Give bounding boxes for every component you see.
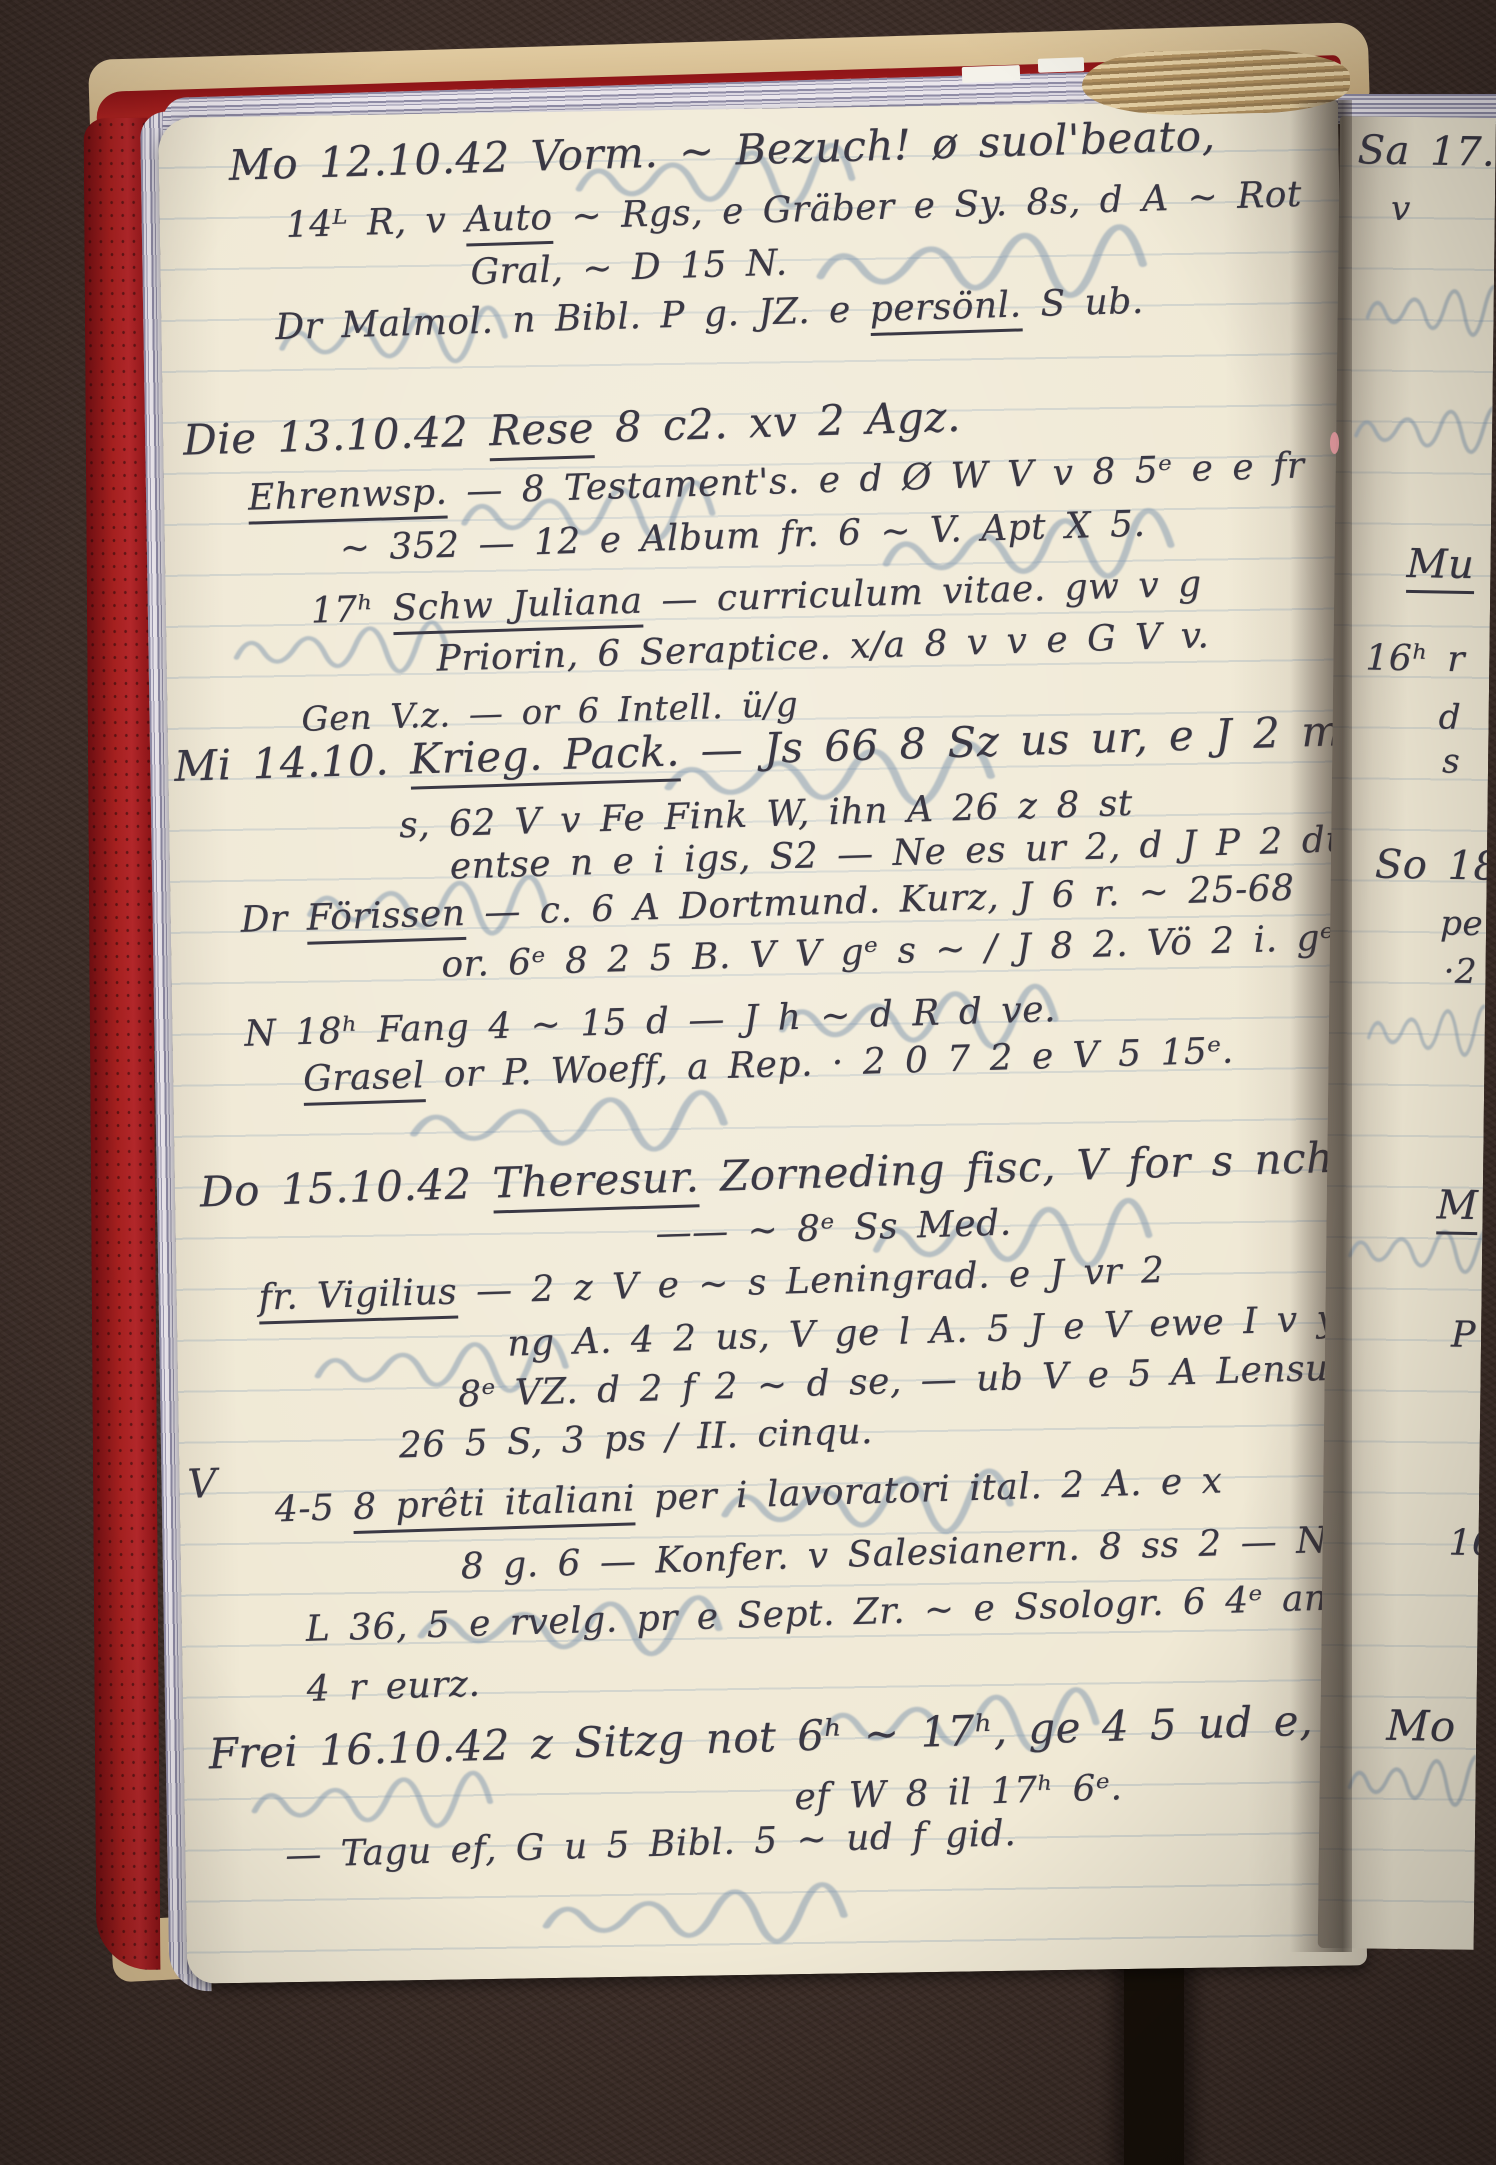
handwriting-line: 26 5 S, 3 ps / II. cinqu. — [398, 1412, 873, 1466]
handwriting-line: s — [1442, 743, 1461, 781]
handwriting-text: Mo — [1386, 1701, 1456, 1751]
handwriting-text: 8 c2. xv 2 Agz. — [593, 392, 961, 452]
handwriting-text: 14ᴸ R, v — [285, 200, 466, 246]
handwriting-text: Zorneding fisc, V for s nchz. — [698, 1132, 1367, 1201]
handwriting-line: P — [1451, 1316, 1476, 1356]
handwriting-text: V — [187, 1461, 218, 1508]
handwriting-line: V — [187, 1462, 218, 1507]
handwriting-line: Mo 12.10.42 Vorm. ~ Bezuch! ø suol'beato… — [228, 113, 1216, 189]
handwriting-line: ·2 — [1443, 953, 1477, 991]
handwriting-underlined: Grasel — [302, 1055, 425, 1106]
handwriting-text: pe — [1440, 903, 1484, 944]
handwriting-line: 4-5 8 prêti italiani per i lavoratori it… — [274, 1461, 1223, 1530]
handwriting-text: S ub. — [1021, 281, 1144, 326]
left-diary-page: Mo 12.10.42 Vorm. ~ Bezuch! ø suol'beato… — [158, 99, 1367, 1983]
handwriting-underlined: 8 prêti italiani — [353, 1478, 636, 1534]
handwriting-line: L 36, 5 e rvelg. pr e Sept. Zr. ~ e Ssol… — [305, 1578, 1355, 1650]
handwriting-text: — 2 z V e ~ s Leningrad. e J vr 2 — [456, 1250, 1165, 1313]
handwriting-text: d — [1438, 697, 1461, 737]
handwriting-text: Gral, ~ D 15 N. — [470, 242, 788, 293]
handwriting-line: 16 — [1448, 1524, 1495, 1564]
handwriting-line: 16ʰ r — [1365, 638, 1465, 679]
handwriting-line: Sa 17. — [1357, 128, 1495, 174]
pink-mark — [1330, 432, 1339, 454]
handwriting-underlined: Schw Juliana — [392, 581, 643, 636]
handwriting-text: ·2 — [1443, 951, 1477, 992]
handwriting-text: — Tagu ef, G u 5 Bibl. 5 ~ ud f gid. — [285, 1813, 1017, 1876]
handwriting-underlined: fr. Vigilius — [258, 1272, 458, 1325]
handwriting-text: L 36, 5 e rvelg. pr e Sept. Zr. ~ e Ssol… — [305, 1577, 1355, 1650]
handwriting-underlined: Mu — [1406, 541, 1475, 594]
handwriting-text: per i lavoratori ital. 2 A. e x — [634, 1460, 1222, 1519]
handwriting-text: 4 r eurz. — [306, 1664, 481, 1710]
handwriting-line: d — [1438, 699, 1461, 737]
handwriting-text: ~ Rgs, e Gräber e Sy. 8s, d A ~ Rot — [552, 174, 1303, 238]
handwriting-text: 16 — [1448, 1523, 1496, 1565]
handwriting-text: Die 13.10.42 — [182, 406, 490, 464]
handwriting-text: Mo 12.10.42 Vorm. ~ Bezuch! ø suol'beato… — [228, 111, 1216, 190]
handwriting-text: —— ~ 8ᵉ Ss Med. — [655, 1202, 1012, 1254]
handwriting-text: 16ʰ r — [1365, 637, 1465, 680]
handwriting-line: Mu — [1406, 542, 1474, 587]
handwriting-text: — curriculum vitae. gw v g — [642, 563, 1202, 621]
handwriting-line: So 18 — [1374, 843, 1496, 889]
handwriting-text: Do 15.10.42 — [199, 1159, 493, 1217]
handwriting-underlined: Rese — [488, 403, 595, 461]
handwriting-line: 4 r eurz. — [306, 1665, 481, 1710]
handwriting-underlined: persönl. — [869, 284, 1022, 336]
handwriting-text: 26 5 S, 3 ps / II. cinqu. — [398, 1411, 873, 1466]
handwriting-line: Die 13.10.42 Rese 8 c2. xv 2 Agz. — [182, 394, 961, 464]
handwriting-text: Sa 17. — [1357, 127, 1495, 175]
handwriting-underlined: Förissen — [306, 893, 466, 945]
handwriting-text: 4-5 — [274, 1487, 354, 1530]
handwriting-text: v — [1391, 189, 1411, 229]
bottom-gutter-shadow — [1124, 1940, 1184, 2165]
handwriting-underlined: Krieg. Pack. — [409, 726, 681, 789]
handwriting-text: Dr Malmol. n Bibl. P g. JZ. e — [275, 289, 871, 348]
handwriting-line: Gral, ~ D 15 N. — [470, 243, 788, 292]
handwriting-line: pe — [1440, 905, 1484, 943]
handwriting-line: — Tagu ef, G u 5 Bibl. 5 ~ ud f gid. — [285, 1814, 1017, 1876]
handwriting-line: 14ᴸ R, v Auto ~ Rgs, e Gräber e Sy. 8s, … — [285, 175, 1302, 246]
handwriting-text: ef W 8 il 17ʰ 6ᵉ. — [794, 1767, 1123, 1818]
handwriting-line: Mo — [1386, 1703, 1456, 1750]
handwriting-underlined: M — [1436, 1182, 1478, 1235]
handwriting-text: P — [1451, 1315, 1476, 1356]
gutter-shadow — [1290, 100, 1352, 1952]
handwriting-line: 8 g. 6 — Konfer. v Salesianern. 8 ss 2 —… — [460, 1516, 1367, 1587]
handwriting-underlined: Theresur. — [492, 1152, 700, 1213]
handwriting-line: —— ~ 8ᵉ Ss Med. — [655, 1203, 1012, 1253]
paper-sliver — [962, 65, 1021, 83]
handwriting-text: Dr — [240, 898, 307, 941]
handwriting-line: ef W 8 il 17ʰ 6ᵉ. — [794, 1768, 1123, 1818]
diary-photo: Mo 12.10.42 Vorm. ~ Bezuch! ø suol'beato… — [0, 0, 1496, 2165]
handwriting-line: M — [1436, 1183, 1478, 1228]
handwriting-line: ~ 352 — 12 e Album fr. 6 ~ V. Apt X 5. — [339, 505, 1146, 569]
handwriting-text: ~ 352 — 12 e Album fr. 6 ~ V. Apt X 5. — [339, 504, 1146, 570]
handwriting-underlined: Auto — [465, 197, 554, 247]
handwriting-text: Mi 14.10. — [173, 735, 410, 791]
handwriting-text: s — [1442, 741, 1461, 781]
paper-sliver — [1038, 57, 1084, 73]
handwriting-line: Dr Malmol. n Bibl. P g. JZ. e persönl. S… — [275, 282, 1145, 348]
handwriting-line: Do 15.10.42 Theresur. Zorneding fisc, V … — [199, 1134, 1367, 1216]
handwriting-text: So 18 — [1374, 842, 1496, 890]
handwriting-line: v — [1391, 191, 1411, 229]
handwriting-underlined: Ehrenwsp. — [247, 472, 448, 525]
handwriting-text: 17ʰ — [310, 588, 393, 631]
